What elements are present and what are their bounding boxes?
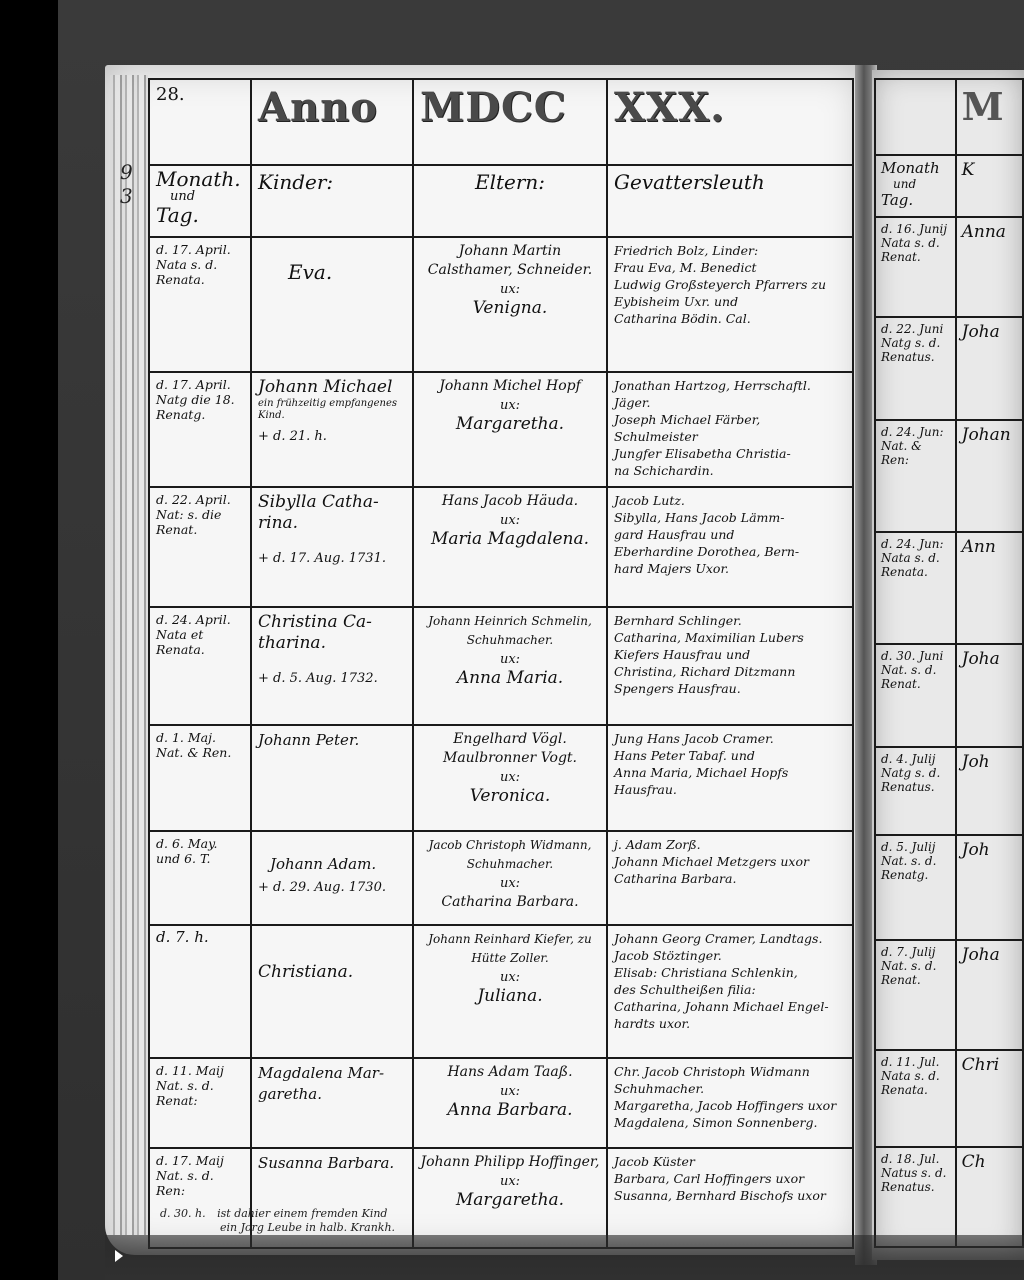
entry-date: d. 24. April. Nata et Renata. (149, 607, 251, 725)
facing-title: M (962, 84, 1004, 129)
sponsor-line: des Schultheißen filia: (614, 981, 846, 998)
column-header-sponsors: Gevattersleuth (607, 165, 853, 237)
sponsor-line: Schuhmacher. (614, 1080, 846, 1097)
facing-entry: d. 5. Julij Nat. s. d. Renatg. Joh (875, 835, 1023, 940)
note-line: ein Jorg Leube in halb. Krankh. (220, 1221, 395, 1234)
child-note: ein frühzeitig empfangenes Kind. (258, 398, 406, 422)
date-line: Nata s. d. (156, 257, 244, 272)
entry-sponsors: Friedrich Bolz, Linder: Frau Eva, M. Ben… (607, 237, 853, 372)
date-line: Renat. (881, 677, 950, 691)
child-name: Johann Michael (258, 377, 406, 398)
facing-entry: d. 30. Juni Nat. s. d. Renat. Joha (875, 644, 1023, 747)
sponsor-line: Frau Eva, M. Benedict (614, 259, 846, 276)
entry-sponsors: Jacob Lutz. Sibylla, Hans Jacob Lämm- ga… (607, 487, 853, 607)
mother-name: Catharina Barbara. (420, 893, 600, 912)
sponsor-line: Chr. Jacob Christoph Widmann (614, 1063, 846, 1080)
baptism-register-table: 28. Anno MDCC XXX. Monath. und Tag. Kind… (148, 78, 854, 1249)
uxor-label: ux: (420, 1172, 600, 1191)
entry-parents: Hans Jacob Häuda. ux: Maria Magdalena. (413, 487, 607, 607)
father-name: Johann Reinhard Kiefer, zu Hütte Zoller. (420, 930, 600, 968)
register-entry: d. 11. Maij Nat. s. d. Renat: Magdalena … (149, 1058, 853, 1148)
sponsor-line: Spengers Hausfrau. (614, 680, 846, 697)
register-entry: d. 22. April. Nat: s. die Renat. Sibylla… (149, 487, 853, 607)
title-year-mdcc: MDCC (420, 84, 567, 131)
entry-parents: Jacob Christoph Widmann, Schuhmacher. ux… (413, 831, 607, 925)
date-line: Natg s. d. (881, 766, 950, 780)
date-line: Nat. s. d. (881, 854, 950, 868)
date-line: Renata. (156, 272, 244, 287)
mother-name: Juliana. (420, 987, 600, 1006)
page-number: 28. (156, 84, 185, 105)
sponsor-line: Eberhardine Dorothea, Bern- (614, 543, 846, 560)
date-line: Nata s. d. (881, 1069, 950, 1083)
facing-column-header-children: K (956, 155, 1023, 217)
title-year-cell: MDCC (413, 79, 607, 165)
date-line: Natus s. d. (881, 1166, 950, 1180)
entry-parents: Johann Martin Calsthamer, Schneider. ux:… (413, 237, 607, 372)
date-line: d. 22. Juni (881, 322, 950, 336)
sponsor-line: Johann Michael Metzgers uxor (614, 853, 846, 870)
date-line: Natg die 18. (156, 392, 244, 407)
margin-mark: 9 (120, 160, 133, 184)
page-bottom-shadow (105, 1235, 1024, 1280)
facing-entry-child: Johan (956, 420, 1023, 532)
date-line: d. 16. Junij (881, 222, 950, 236)
sponsor-line: Catharina Bödin. Cal. (614, 310, 846, 327)
facing-entry-date: d. 16. Junij Nata s. d. Renat. (875, 217, 956, 317)
uxor-label: ux: (420, 280, 600, 299)
date-line: Renat. (156, 522, 244, 537)
date-line: d. 4. Julij (881, 752, 950, 766)
entry-child: Magdalena Mar-garetha. (251, 1058, 413, 1148)
entry-child: Johann Michael ein frühzeitig empfangene… (251, 372, 413, 487)
sponsor-line: na Schichardin. (614, 462, 846, 479)
sponsor-line: Jacob Lutz. (614, 492, 846, 509)
sponsor-line: Jacob Stöztinger. (614, 947, 846, 964)
child-name: Magdalena Mar-garetha. (258, 1063, 406, 1105)
facing-entry-child: Joha (956, 644, 1023, 747)
child-name: Sibylla Catha-rina. (258, 492, 406, 534)
sponsor-line: Eybisheim Uxr. und (614, 293, 846, 310)
facing-entry: d. 18. Jul. Natus s. d. Renatus. Ch (875, 1147, 1023, 1247)
date-line: Nat. s. d. Renat: (156, 1078, 244, 1108)
date-line: Renatg. (156, 407, 244, 422)
sponsor-line: Hans Peter Tabaf. und (614, 747, 846, 764)
margin-marks: 9 3 (120, 160, 133, 208)
facing-entry-child: Joha (956, 317, 1023, 420)
mother-name: Margaretha. (420, 415, 600, 434)
date-line: d. 1. Maj. (156, 730, 244, 745)
date-line: Renat. (881, 973, 950, 987)
entry-child: Eva. (251, 237, 413, 372)
mother-name: Anna Maria. (420, 669, 600, 688)
register-entry: d. 6. May. und 6. T. Johann Adam. + d. 2… (149, 831, 853, 925)
death-note: + d. 29. Aug. 1730. (258, 877, 406, 898)
bottom-margin-note: d. 30. h. ist dahier einem fremden Kind … (160, 1207, 460, 1235)
date-line: Renat. (881, 250, 950, 264)
entry-child: Johann Adam. + d. 29. Aug. 1730. (251, 831, 413, 925)
entry-date: d. 22. April. Nat: s. die Renat. (149, 487, 251, 607)
mother-name: Venigna. (420, 299, 600, 318)
date-line: d. 17. Maij (156, 1153, 244, 1168)
uxor-label: ux: (420, 511, 600, 530)
header-text: Monath (881, 160, 950, 176)
sponsor-line: Johann Georg Cramer, Landtags. (614, 930, 846, 947)
sponsor-line: Catharina Barbara. (614, 870, 846, 887)
date-line: Renata. (156, 642, 244, 657)
sponsor-line: Jacob Küster (614, 1153, 846, 1170)
title-anno: Anno (258, 84, 378, 131)
date-line: d. 24. Jun: (881, 537, 950, 551)
date-line: Nat. s. d. (881, 663, 950, 677)
facing-entry-date: d. 24. Jun: Nata s. d. Renata. (875, 532, 956, 644)
entry-parents: Johann Heinrich Schmelin, Schuhmacher. u… (413, 607, 607, 725)
entry-child: Sibylla Catha-rina. + d. 17. Aug. 1731. (251, 487, 413, 607)
facing-entry: d. 4. Julij Natg s. d. Renatus. Joh (875, 747, 1023, 835)
entry-parents: Johann Reinhard Kiefer, zu Hütte Zoller.… (413, 925, 607, 1058)
facing-entry-date: d. 18. Jul. Natus s. d. Renatus. (875, 1147, 956, 1247)
facing-title-cell: M (956, 79, 1023, 155)
date-line: Renata. (881, 1083, 950, 1097)
date-line: d. 18. Jul. (881, 1152, 950, 1166)
father-name: Johann Heinrich Schmelin, Schuhmacher. (420, 612, 600, 650)
facing-entry-child: Anna (956, 217, 1023, 317)
date-line: d. 30. Juni (881, 649, 950, 663)
date-line: Renatus. (881, 1180, 950, 1194)
father-name: Johann Philipp Hoffinger, (420, 1153, 600, 1172)
margin-mark: 3 (120, 184, 133, 208)
date-line: d. 7. h. (156, 930, 244, 945)
sponsor-line: gard Hausfrau und (614, 526, 846, 543)
sponsor-line: Christina, Richard Ditzmann (614, 663, 846, 680)
date-line: d. 24. Jun: (881, 425, 950, 439)
sponsor-line: Elisab: Christiana Schlenkin, (614, 964, 846, 981)
uxor-label: ux: (420, 650, 600, 669)
scanner-triangle-marker-icon (115, 1250, 123, 1262)
register-entry: d. 1. Maj. Nat. & Ren. Johann Peter. Eng… (149, 725, 853, 831)
uxor-label: ux: (420, 874, 600, 893)
column-header-parents: Eltern: (413, 165, 607, 237)
sponsor-line: Susanna, Bernhard Bischofs uxor (614, 1187, 846, 1204)
facing-entry: d. 11. Jul. Nata s. d. Renata. Chri (875, 1050, 1023, 1147)
entry-date: d. 1. Maj. Nat. & Ren. (149, 725, 251, 831)
date-line: und 6. T. (156, 851, 244, 866)
death-note: + d. 21. h. (258, 426, 406, 447)
facing-entry-date: d. 30. Juni Nat. s. d. Renat. (875, 644, 956, 747)
facing-entry: d. 24. Jun: Nat. & Ren: Johan (875, 420, 1023, 532)
sponsor-line: Jäger. (614, 394, 846, 411)
title-year-xxx: XXX. (614, 84, 725, 131)
header-text: und (881, 176, 950, 192)
date-line: Nat: s. die (156, 507, 244, 522)
date-line: Nat. s. d. (881, 959, 950, 973)
date-line: d. 7. Julij (881, 945, 950, 959)
title-year-cell-2: XXX. (607, 79, 853, 165)
facing-entry-date: d. 7. Julij Nat. s. d. Renat. (875, 940, 956, 1050)
child-name: Christina Ca-tharina. (258, 612, 406, 654)
entry-child: Christina Ca-tharina. + d. 5. Aug. 1732. (251, 607, 413, 725)
entry-sponsors: Jonathan Hartzog, Herrschaftl. Jäger. Jo… (607, 372, 853, 487)
entry-sponsors: j. Adam Zorß. Johann Michael Metzgers ux… (607, 831, 853, 925)
register-entry: d. 17. April. Natg die 18. Renatg. Johan… (149, 372, 853, 487)
facing-entry: d. 22. Juni Natg s. d. Renatus. Joha (875, 317, 1023, 420)
column-header-row: Monath. und Tag. Kinder: Eltern: Gevatte… (149, 165, 853, 237)
header-text: Tag. (881, 192, 950, 208)
uxor-label: ux: (420, 396, 600, 415)
date-line: d. 5. Julij (881, 840, 950, 854)
entry-parents: Johann Michel Hopf ux: Margaretha. (413, 372, 607, 487)
date-line: Renatg. (881, 868, 950, 882)
scan-black-edge (0, 0, 58, 1280)
column-header-date: Monath. und Tag. (149, 165, 251, 237)
title-anno-cell: Anno (251, 79, 413, 165)
date-line: Nata s. d. (881, 236, 950, 250)
mother-name: Anna Barbara. (420, 1101, 600, 1120)
father-name: Engelhard Vögl. Maulbronner Vogt. (420, 730, 600, 768)
mother-name: Maria Magdalena. (420, 530, 600, 549)
facing-entry-child: Joh (956, 747, 1023, 835)
sponsor-line: Ludwig Großsteyerch Pfarrers zu (614, 276, 846, 293)
father-name: Hans Adam Taaß. (420, 1063, 600, 1082)
note-date: d. 30. h. (160, 1207, 206, 1220)
facing-title-row: M (875, 79, 1023, 155)
note-line: ist dahier einem fremden Kind (217, 1207, 387, 1220)
sponsor-line: hardts uxor. (614, 1015, 846, 1032)
date-line: Renatus. (881, 350, 950, 364)
entry-sponsors: Jacob Küster Barbara, Carl Hoffingers ux… (607, 1148, 853, 1248)
facing-entry: d. 16. Junij Nata s. d. Renat. Anna (875, 217, 1023, 317)
facing-header-row: Monath und Tag. K (875, 155, 1023, 217)
date-line: Nat. & Ren. (156, 745, 244, 760)
facing-entry-child: Chri (956, 1050, 1023, 1147)
header-text: Tag. (156, 206, 244, 224)
entry-sponsors: Bernhard Schlinger. Catharina, Maximilia… (607, 607, 853, 725)
facing-entry-child: Joh (956, 835, 1023, 940)
sponsor-line: Anna Maria, Michael Hopfs (614, 764, 846, 781)
facing-column-header-date: Monath und Tag. (875, 155, 956, 217)
facing-entry: d. 24. Jun: Nata s. d. Renata. Ann (875, 532, 1023, 644)
entry-date: d. 6. May. und 6. T. (149, 831, 251, 925)
uxor-label: ux: (420, 768, 600, 787)
father-name: Johann Martin Calsthamer, Schneider. (420, 242, 600, 280)
date-line: Renata. (881, 565, 950, 579)
register-entry: d. 7. h. Christiana. Johann Reinhard Kie… (149, 925, 853, 1058)
facing-page-register-table: M Monath und Tag. K d. 16. Junij Nata s.… (874, 78, 1024, 1248)
uxor-label: ux: (420, 968, 600, 987)
child-name: Eva. (258, 262, 406, 283)
child-name: Susanna Barbara. (258, 1153, 406, 1174)
facing-entry: d. 7. Julij Nat. s. d. Renat. Joha (875, 940, 1023, 1050)
date-line: Nata et (156, 627, 244, 642)
child-name: Christiana. (258, 962, 406, 983)
facing-entry-date: d. 11. Jul. Nata s. d. Renata. (875, 1050, 956, 1147)
sponsor-line: Magdalena, Simon Sonnenberg. (614, 1114, 846, 1131)
facing-title-empty (875, 79, 956, 155)
register-entry: d. 24. April. Nata et Renata. Christina … (149, 607, 853, 725)
uxor-label: ux: (420, 1082, 600, 1101)
page-number-cell: 28. (149, 79, 251, 165)
death-note: + d. 5. Aug. 1732. (258, 668, 406, 689)
date-line: Nat. s. d. Ren: (156, 1168, 244, 1198)
entry-date: d. 11. Maij Nat. s. d. Renat: (149, 1058, 251, 1148)
sponsor-line: Kiefers Hausfrau und (614, 646, 846, 663)
entry-child: Johann Peter. (251, 725, 413, 831)
date-line: Renatus. (881, 780, 950, 794)
sponsor-line: Friedrich Bolz, Linder: (614, 242, 846, 259)
father-name: Jacob Christoph Widmann, Schuhmacher. (420, 836, 600, 874)
facing-entry-child: Ann (956, 532, 1023, 644)
child-name: Johann Peter. (258, 730, 406, 751)
entry-date: d. 7. h. (149, 925, 251, 1058)
date-line: d. 24. April. (156, 612, 244, 627)
date-line: d. 17. April. (156, 242, 244, 257)
sponsor-line: Jung Hans Jacob Cramer. (614, 730, 846, 747)
sponsor-line: Joseph Michael Färber, Schulmeister (614, 411, 846, 445)
entry-sponsors: Jung Hans Jacob Cramer. Hans Peter Tabaf… (607, 725, 853, 831)
column-header-children: Kinder: (251, 165, 413, 237)
sponsor-line: j. Adam Zorß. (614, 836, 846, 853)
father-name: Johann Michel Hopf (420, 377, 600, 396)
date-line: d. 11. Maij (156, 1063, 244, 1078)
entry-parents: Hans Adam Taaß. ux: Anna Barbara. (413, 1058, 607, 1148)
title-row: 28. Anno MDCC XXX. (149, 79, 853, 165)
sponsor-line: Hausfrau. (614, 781, 846, 798)
child-name: Johann Adam. (258, 854, 406, 875)
sponsor-line: Margaretha, Jacob Hoffingers uxor (614, 1097, 846, 1114)
sponsor-line: hard Majers Uxor. (614, 560, 846, 577)
entry-sponsors: Chr. Jacob Christoph Widmann Schuhmacher… (607, 1058, 853, 1148)
entry-child: Christiana. (251, 925, 413, 1058)
date-line: d. 17. April. (156, 377, 244, 392)
date-line: d. 6. May. (156, 836, 244, 851)
date-line: d. 22. April. (156, 492, 244, 507)
date-line: Nata s. d. (881, 551, 950, 565)
facing-entry-date: d. 22. Juni Natg s. d. Renatus. (875, 317, 956, 420)
facing-entry-date: d. 5. Julij Nat. s. d. Renatg. (875, 835, 956, 940)
facing-entry-date: d. 4. Julij Natg s. d. Renatus. (875, 747, 956, 835)
sponsor-line: Sibylla, Hans Jacob Lämm- (614, 509, 846, 526)
sponsor-line: Jonathan Hartzog, Herrschaftl. (614, 377, 846, 394)
sponsor-line: Bernhard Schlinger. (614, 612, 846, 629)
page-binding-strip (110, 75, 148, 1235)
entry-date: d. 17. April. Natg die 18. Renatg. (149, 372, 251, 487)
facing-entry-child: Joha (956, 940, 1023, 1050)
entry-sponsors: Johann Georg Cramer, Landtags. Jacob Stö… (607, 925, 853, 1058)
entry-parents: Engelhard Vögl. Maulbronner Vogt. ux: Ve… (413, 725, 607, 831)
sponsor-line: Catharina, Johann Michael Engel- (614, 998, 846, 1015)
register-entry: d. 17. April. Nata s. d. Renata. Eva. Jo… (149, 237, 853, 372)
facing-entry-child: Ch (956, 1147, 1023, 1247)
sponsor-line: Catharina, Maximilian Lubers (614, 629, 846, 646)
sponsor-line: Jungfer Elisabetha Christia- (614, 445, 846, 462)
sponsor-line: Barbara, Carl Hoffingers uxor (614, 1170, 846, 1187)
mother-name: Veronica. (420, 787, 600, 806)
header-text: Monath. (156, 170, 244, 188)
entry-date: d. 17. April. Nata s. d. Renata. (149, 237, 251, 372)
date-line: Nat. & Ren: (881, 439, 950, 467)
father-name: Hans Jacob Häuda. (420, 492, 600, 511)
death-note: + d. 17. Aug. 1731. (258, 548, 406, 569)
facing-entry-date: d. 24. Jun: Nat. & Ren: (875, 420, 956, 532)
date-line: d. 11. Jul. (881, 1055, 950, 1069)
date-line: Natg s. d. (881, 336, 950, 350)
